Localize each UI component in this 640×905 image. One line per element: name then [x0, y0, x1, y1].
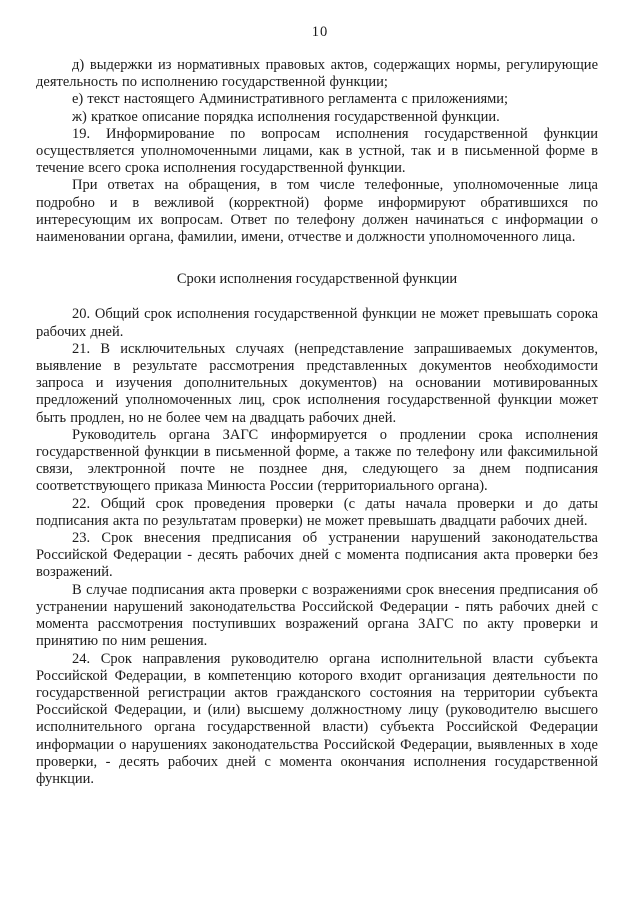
document-page: 10 д) выдержки из нормативных правовых а…: [0, 0, 640, 905]
paragraph-21: 21. В исключительных случаях (непредстав…: [36, 341, 598, 427]
paragraph-21-notification: Руководитель органа ЗАГС информируется о…: [36, 427, 598, 496]
section-heading-terms: Сроки исполнения государственной функции: [36, 271, 598, 288]
page-content: д) выдержки из нормативных правовых акто…: [0, 40, 640, 788]
paragraph-list-item-d: д) выдержки из нормативных правовых акто…: [36, 57, 598, 91]
paragraph-list-item-e: е) текст настоящего Административного ре…: [36, 91, 598, 108]
paragraph-24: 24. Срок направления руководителю органа…: [36, 651, 598, 789]
paragraph-19: 19. Информирование по вопросам исполнени…: [36, 126, 598, 178]
paragraph-22: 22. Общий срок проведения проверки (с да…: [36, 496, 598, 530]
page-number: 10: [0, 0, 640, 40]
paragraph-19-phone-answers: При ответах на обращения, в том числе те…: [36, 177, 598, 246]
paragraph-23: 23. Срок внесения предписания об устране…: [36, 530, 598, 582]
paragraph-20: 20. Общий срок исполнения государственно…: [36, 306, 598, 340]
paragraph-23-objections: В случае подписания акта проверки с возр…: [36, 582, 598, 651]
paragraph-list-item-zh: ж) краткое описание порядка исполнения г…: [36, 109, 598, 126]
